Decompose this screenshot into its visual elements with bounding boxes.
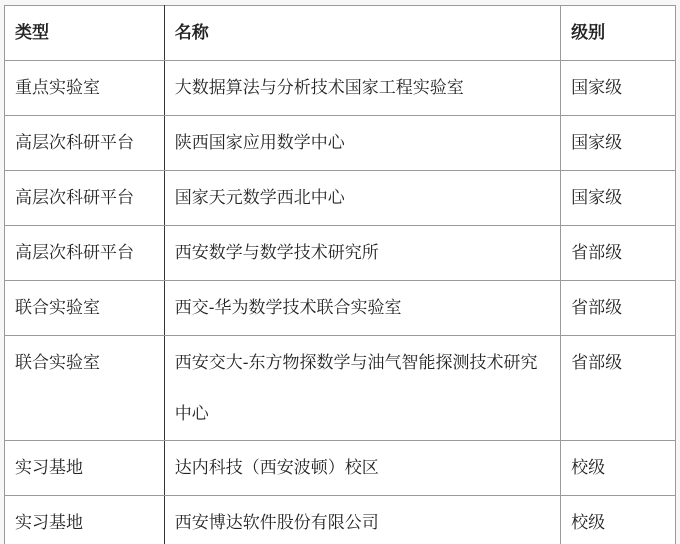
cell-name: 陕西国家应用数学中心 [164, 116, 560, 171]
cell-type: 高层次科研平台 [5, 226, 165, 281]
table-row: 实习基地 达内科技（西安波顿）校区 校级 [5, 441, 676, 496]
cell-name: 大数据算法与分析技术国家工程实验室 [164, 61, 560, 116]
table-row: 高层次科研平台 陕西国家应用数学中心 国家级 [5, 116, 676, 171]
table-row: 联合实验室 西交-华为数学技术联合实验室 省部级 [5, 281, 676, 336]
cell-name: 达内科技（西安波顿）校区 [164, 441, 560, 496]
cell-name: 西安交大-东方物探数学与油气智能探测技术研究中心 [164, 336, 560, 441]
cell-type: 联合实验室 [5, 281, 165, 336]
cell-type: 联合实验室 [5, 336, 165, 441]
platforms-table: 类型 名称 级别 重点实验室 大数据算法与分析技术国家工程实验室 国家级 高层次… [4, 5, 676, 544]
table-row: 高层次科研平台 西安数学与数学技术研究所 省部级 [5, 226, 676, 281]
header-name: 名称 [164, 6, 560, 61]
header-level: 级别 [561, 6, 676, 61]
cell-level: 校级 [561, 496, 676, 544]
cell-name: 西安数学与数学技术研究所 [164, 226, 560, 281]
cell-level: 国家级 [561, 61, 676, 116]
cell-type: 重点实验室 [5, 61, 165, 116]
cell-name: 西安博达软件股份有限公司 [164, 496, 560, 544]
table-row: 实习基地 西安博达软件股份有限公司 校级 [5, 496, 676, 544]
cell-level: 省部级 [561, 281, 676, 336]
header-type: 类型 [5, 6, 165, 61]
cell-name: 国家天元数学西北中心 [164, 171, 560, 226]
cell-name: 西交-华为数学技术联合实验室 [164, 281, 560, 336]
cell-level: 校级 [561, 441, 676, 496]
cell-level: 国家级 [561, 171, 676, 226]
cell-type: 高层次科研平台 [5, 171, 165, 226]
table-header-row: 类型 名称 级别 [5, 6, 676, 61]
cell-level: 省部级 [561, 336, 676, 441]
cell-type: 实习基地 [5, 496, 165, 544]
cell-type: 实习基地 [5, 441, 165, 496]
cell-type: 高层次科研平台 [5, 116, 165, 171]
table-row: 重点实验室 大数据算法与分析技术国家工程实验室 国家级 [5, 61, 676, 116]
cell-level: 省部级 [561, 226, 676, 281]
table-row: 联合实验室 西安交大-东方物探数学与油气智能探测技术研究中心 省部级 [5, 336, 676, 441]
table-row: 高层次科研平台 国家天元数学西北中心 国家级 [5, 171, 676, 226]
cell-level: 国家级 [561, 116, 676, 171]
